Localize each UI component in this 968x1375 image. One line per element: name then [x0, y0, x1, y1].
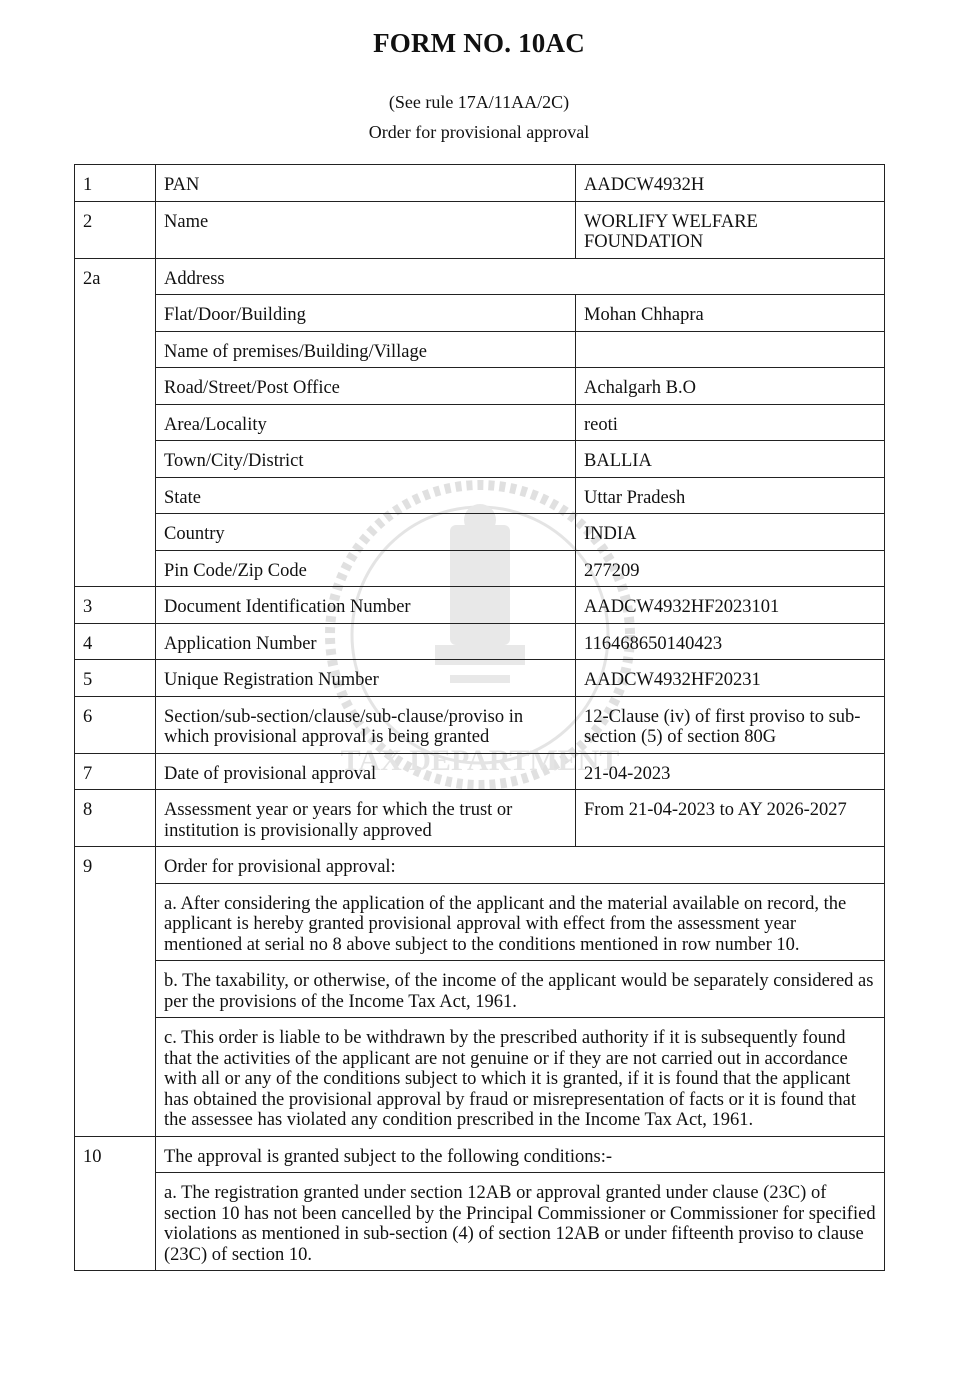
state-value: Uttar Pradesh	[576, 477, 885, 514]
order-paragraph-c: c. This order is liable to be withdrawn …	[156, 1018, 885, 1137]
country-value: INDIA	[576, 514, 885, 551]
row-number: 1	[75, 165, 156, 202]
flat-door-building-value: Mohan Chhapra	[576, 295, 885, 332]
field-label: Application Number	[156, 623, 576, 660]
urn-value: AADCW4932HF20231	[576, 660, 885, 697]
address-row: Name of premises/Building/Village	[75, 331, 885, 368]
row-number: 3	[75, 587, 156, 624]
section-value: 12-Clause (iv) of first proviso to sub-s…	[576, 696, 885, 753]
area-locality-value: reoti	[576, 404, 885, 441]
table-row-date: 7 Date of provisional approval 21-04-202…	[75, 753, 885, 790]
field-label: Pin Code/Zip Code	[156, 550, 576, 587]
condition-paragraph-row: a. The registration granted under sectio…	[75, 1173, 885, 1271]
form-subtitle: Order for provisional approval	[0, 122, 958, 143]
order-paragraph-b: b. The taxability, or otherwise, of the …	[156, 961, 885, 1018]
field-label: State	[156, 477, 576, 514]
field-label: Country	[156, 514, 576, 551]
road-street-value: Achalgarh B.O	[576, 368, 885, 405]
row-number: 7	[75, 753, 156, 790]
address-row: Country INDIA	[75, 514, 885, 551]
address-row: State Uttar Pradesh	[75, 477, 885, 514]
address-row: Pin Code/Zip Code 277209	[75, 550, 885, 587]
premises-value	[576, 331, 885, 368]
approval-date-value: 21-04-2023	[576, 753, 885, 790]
approval-form-table: 1 PAN AADCW4932H 2 Name WORLIFY WELFARE …	[74, 164, 885, 1271]
table-row-urn: 5 Unique Registration Number AADCW4932HF…	[75, 660, 885, 697]
field-label: Name of premises/Building/Village	[156, 331, 576, 368]
din-value: AADCW4932HF2023101	[576, 587, 885, 624]
table-row-conditions: 10 The approval is granted subject to th…	[75, 1136, 885, 1173]
field-label: Date of provisional approval	[156, 753, 576, 790]
address-row: Area/Locality reoti	[75, 404, 885, 441]
row-number: 10	[75, 1136, 156, 1271]
order-paragraph-row: b. The taxability, or otherwise, of the …	[75, 961, 885, 1018]
section-label-order: Order for provisional approval:	[156, 847, 885, 884]
row-number: 2a	[75, 258, 156, 587]
application-number-value: 116468650140423	[576, 623, 885, 660]
table-row-assessment-year: 8 Assessment year or years for which the…	[75, 790, 885, 847]
address-row: Town/City/District BALLIA	[75, 441, 885, 478]
row-number: 8	[75, 790, 156, 847]
field-label: Document Identification Number	[156, 587, 576, 624]
field-label: Section/sub-section/clause/sub-clause/pr…	[156, 696, 576, 753]
field-label: Name	[156, 201, 576, 258]
table-row-name: 2 Name WORLIFY WELFARE FOUNDATION	[75, 201, 885, 258]
rule-reference: (See rule 17A/11AA/2C)	[0, 92, 958, 113]
row-number: 5	[75, 660, 156, 697]
table-row-pan: 1 PAN AADCW4932H	[75, 165, 885, 202]
table-row-section: 6 Section/sub-section/clause/sub-clause/…	[75, 696, 885, 753]
table-row-order: 9 Order for provisional approval:	[75, 847, 885, 884]
row-number: 4	[75, 623, 156, 660]
order-paragraph-row: a. After considering the application of …	[75, 883, 885, 961]
form-title: FORM NO. 10AC	[0, 28, 958, 59]
name-value: WORLIFY WELFARE FOUNDATION	[576, 201, 885, 258]
field-label: Town/City/District	[156, 441, 576, 478]
field-label: Flat/Door/Building	[156, 295, 576, 332]
table-row-din: 3 Document Identification Number AADCW49…	[75, 587, 885, 624]
field-label: Road/Street/Post Office	[156, 368, 576, 405]
section-label-conditions: The approval is granted subject to the f…	[156, 1136, 885, 1173]
row-number: 9	[75, 847, 156, 1137]
field-label: Assessment year or years for which the t…	[156, 790, 576, 847]
row-number: 2	[75, 201, 156, 258]
table-row-address: 2a Address	[75, 258, 885, 295]
row-number: 6	[75, 696, 156, 753]
assessment-year-value: From 21-04-2023 to AY 2026-2027	[576, 790, 885, 847]
address-row: Flat/Door/Building Mohan Chhapra	[75, 295, 885, 332]
section-label-address: Address	[156, 258, 885, 295]
field-label: Unique Registration Number	[156, 660, 576, 697]
pin-code-value: 277209	[576, 550, 885, 587]
town-city-value: BALLIA	[576, 441, 885, 478]
order-paragraph-row: c. This order is liable to be withdrawn …	[75, 1018, 885, 1137]
field-label: PAN	[156, 165, 576, 202]
pan-value: AADCW4932H	[576, 165, 885, 202]
table-row-application-number: 4 Application Number 116468650140423	[75, 623, 885, 660]
condition-paragraph-a: a. The registration granted under sectio…	[156, 1173, 885, 1271]
field-label: Area/Locality	[156, 404, 576, 441]
order-paragraph-a: a. After considering the application of …	[156, 883, 885, 961]
address-row: Road/Street/Post Office Achalgarh B.O	[75, 368, 885, 405]
